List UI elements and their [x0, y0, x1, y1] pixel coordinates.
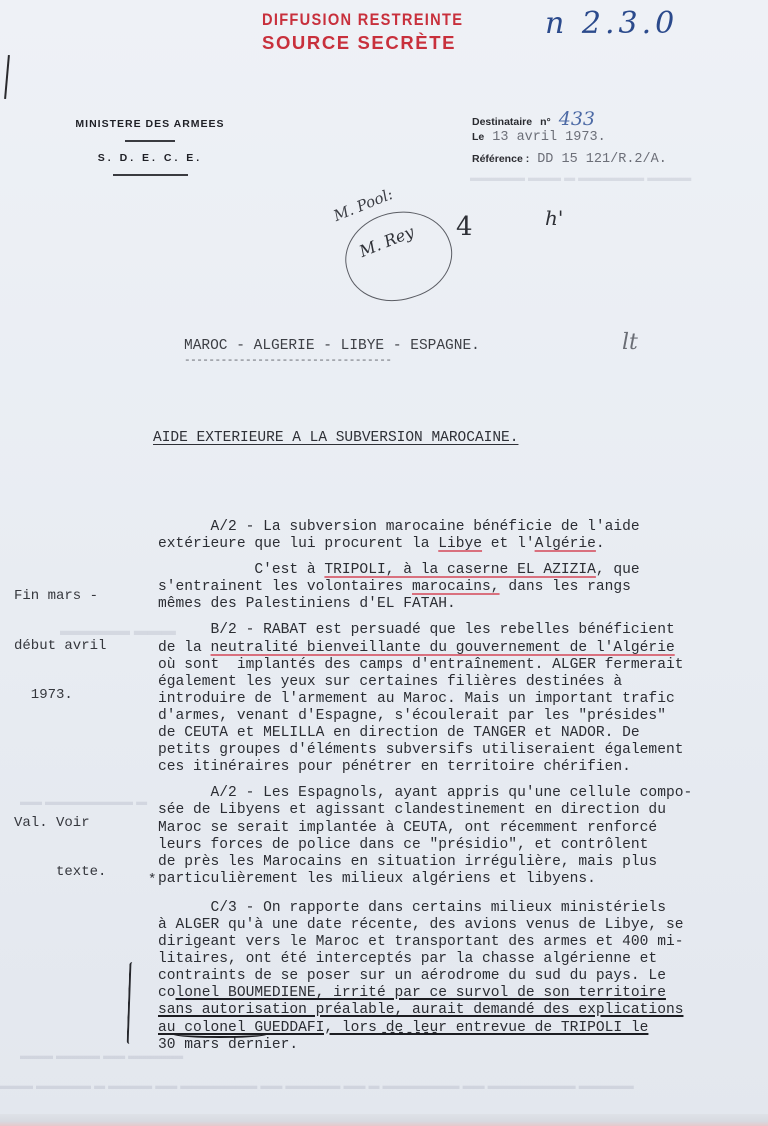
document-page: ▬▬▬▬▬ ▬▬▬ ▬ ▬▬▬▬▬▬ ▬▬▬▬ ▬▬▬▬▬ ▬▬▬ ▬▬ ▬▬▬…: [0, 0, 768, 1126]
date-label: Le: [472, 131, 484, 143]
destinataire-label: Destinataire: [472, 116, 532, 128]
heading-countries-underline: ----------------------------------: [184, 355, 480, 367]
margin-validity-line: Val. Voir: [14, 815, 106, 832]
issuer-block: MINISTERE DES ARMEES S. D. E. C. E.: [70, 118, 230, 176]
body-paragraph: A/2 - La subversion marocaine bénéficie …: [158, 519, 758, 553]
heading-subject: AIDE EXTERIEURE A LA SUBVERSION MAROCAIN…: [153, 430, 518, 446]
asterisk-mark: *: [148, 872, 156, 888]
destinataire-row: Destinataire n° 433: [472, 108, 667, 130]
margin-date-line: 1973.: [14, 687, 106, 704]
margin-validity-line: texte.: [14, 864, 106, 881]
handwritten-annotation-initial: h': [545, 206, 563, 230]
date-row: Le 13 avril 1973.: [472, 130, 667, 152]
page-bottom-edge: [0, 1114, 768, 1126]
bleed-through-text: ▬▬▬ ▬▬▬▬▬ ▬ ▬▬▬▬ ▬▬ ▬▬▬▬▬▬▬ ▬▬ ▬▬▬▬▬ ▬▬ …: [0, 1080, 634, 1092]
margin-date: Fin mars - début avril 1973.: [14, 555, 106, 737]
handwritten-document-number: n 2.3.0: [545, 6, 678, 41]
divider: [113, 174, 188, 176]
handwritten-initials: lt: [622, 330, 638, 355]
margin-date-line: début avril: [14, 638, 106, 655]
heading-countries-text: MAROC - ALGERIE - LIBYE - ESPAGNE.: [184, 338, 480, 354]
divider: [125, 140, 175, 142]
ministry-name: MINISTERE DES ARMEES: [70, 118, 230, 130]
date-value: 13 avril 1973.: [492, 130, 605, 145]
handwritten-annotation-number: 4: [456, 212, 473, 242]
reference-label: Référence :: [472, 153, 529, 165]
classification-stamp: DIFFUSION RESTREINTE SOURCE SECRÈTE: [262, 10, 496, 54]
margin-date-line: Fin mars -: [14, 588, 106, 605]
reference-row: Référence : DD 15 121/R.2/A.: [472, 152, 667, 174]
body-paragraph: C'est à TRIPOLI, à la caserne EL AZIZIA,…: [158, 562, 758, 613]
destinataire-number-label: n°: [540, 116, 551, 128]
body-paragraph: A/2 - Les Espagnols, ayant appris qu'une…: [158, 785, 758, 888]
reference-value: DD 15 121/R.2/A.: [537, 152, 667, 167]
end-of-document-dashes: -------: [380, 1025, 439, 1041]
margin-validity: Val. Voir texte.: [14, 782, 106, 914]
document-body: A/2 - La subversion marocaine bénéficie …: [158, 519, 758, 1063]
destinataire-value: 433: [559, 108, 595, 130]
margin-notes: Fin mars - début avril 1973. Val. Voir t…: [14, 522, 106, 947]
pen-underline: [172, 1030, 268, 1038]
classification-line-1: DIFFUSION RESTREINTE: [262, 10, 463, 30]
body-paragraph: B/2 - RABAT est persuadé que les rebelle…: [158, 622, 758, 776]
heading-countries: MAROC - ALGERIE - LIBYE - ESPAGNE. -----…: [184, 338, 480, 367]
classification-line-2: SOURCE SECRÈTE: [262, 32, 496, 54]
service-name: S. D. E. C. E.: [70, 152, 230, 164]
margin-pen-mark: [4, 55, 10, 99]
margin-bracket: [127, 962, 136, 1044]
recipient-block: Destinataire n° 433 Le 13 avril 1973. Ré…: [472, 108, 667, 174]
